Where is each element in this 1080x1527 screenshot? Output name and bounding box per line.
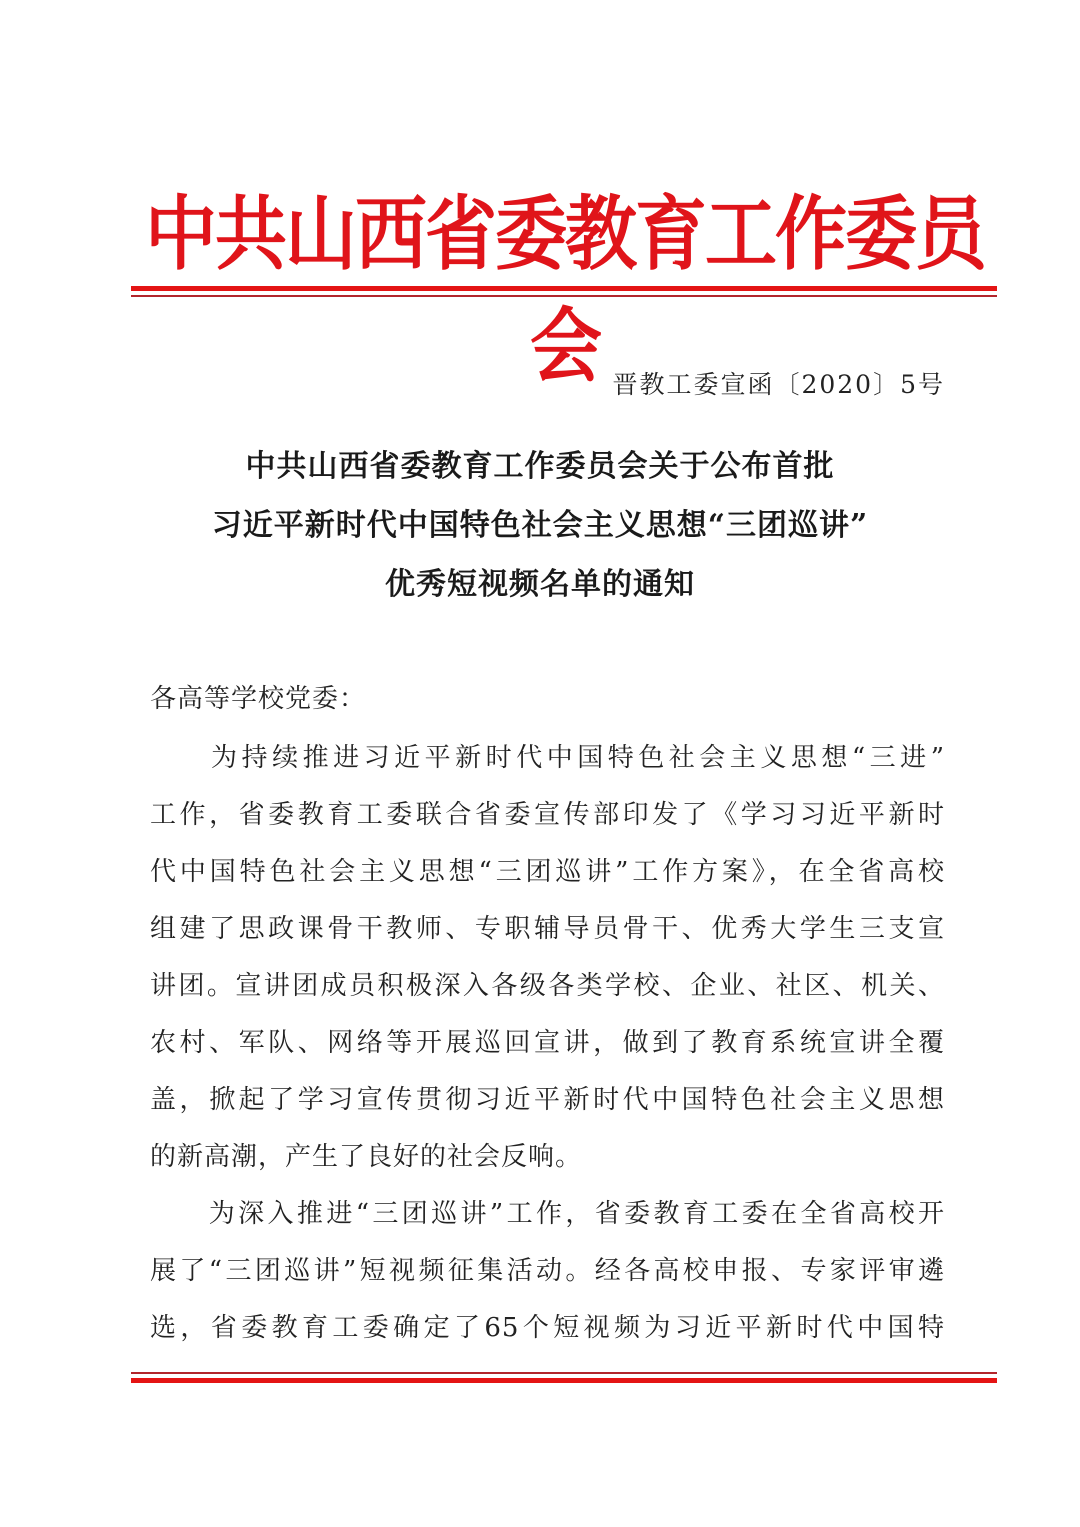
title-line-1: 中共山西省委教育工作委员会关于公布首批: [150, 437, 930, 497]
footer-rule-thick: [131, 1378, 997, 1383]
header-rule-thin: [131, 295, 997, 297]
body-line: 展了“三团巡讲”短视频征集活动。经各高校申报、专家评审遴: [150, 1243, 945, 1300]
document-number: 晋教工委宣函〔2020〕5号: [560, 362, 945, 408]
footer-rule-thin: [131, 1372, 997, 1374]
body-line: 为深入推进“三团巡讲”工作，省委教育工委在全省高校开: [150, 1186, 945, 1243]
salutation: 各高等学校党委：: [150, 671, 366, 728]
issuer-masthead: 中共山西省委教育工作委员会: [130, 178, 1000, 290]
body-line: 农村、军队、网络等开展巡回宣讲，做到了教育系统宣讲全覆: [150, 1015, 945, 1072]
body-line: 选，省委教育工委确定了65个短视频为习近平新时代中国特: [150, 1300, 945, 1357]
body-line: 讲团。宣讲团成员积极深入各级各类学校、企业、社区、机关、: [150, 958, 945, 1015]
title-line-3: 优秀短视频名单的通知: [150, 555, 930, 615]
body-line: 盖，掀起了学习宣传贯彻习近平新时代中国特色社会主义思想: [150, 1072, 945, 1129]
body-line: 为持续推进习近平新时代中国特色社会主义思想“三进”: [150, 730, 945, 787]
body-line: 代中国特色社会主义思想“三团巡讲”工作方案》，在全省高校: [150, 844, 945, 901]
body-line: 工作，省委教育工委联合省委宣传部印发了《学习习近平新时: [150, 787, 945, 844]
title-line-2: 习近平新时代中国特色社会主义思想“三团巡讲”: [150, 496, 930, 556]
header-rule-thick: [131, 286, 997, 291]
body-line: 组建了思政课骨干教师、专职辅导员骨干、优秀大学生三支宣: [150, 901, 945, 958]
body-line: 的新高潮，产生了良好的社会反响。: [150, 1129, 945, 1186]
